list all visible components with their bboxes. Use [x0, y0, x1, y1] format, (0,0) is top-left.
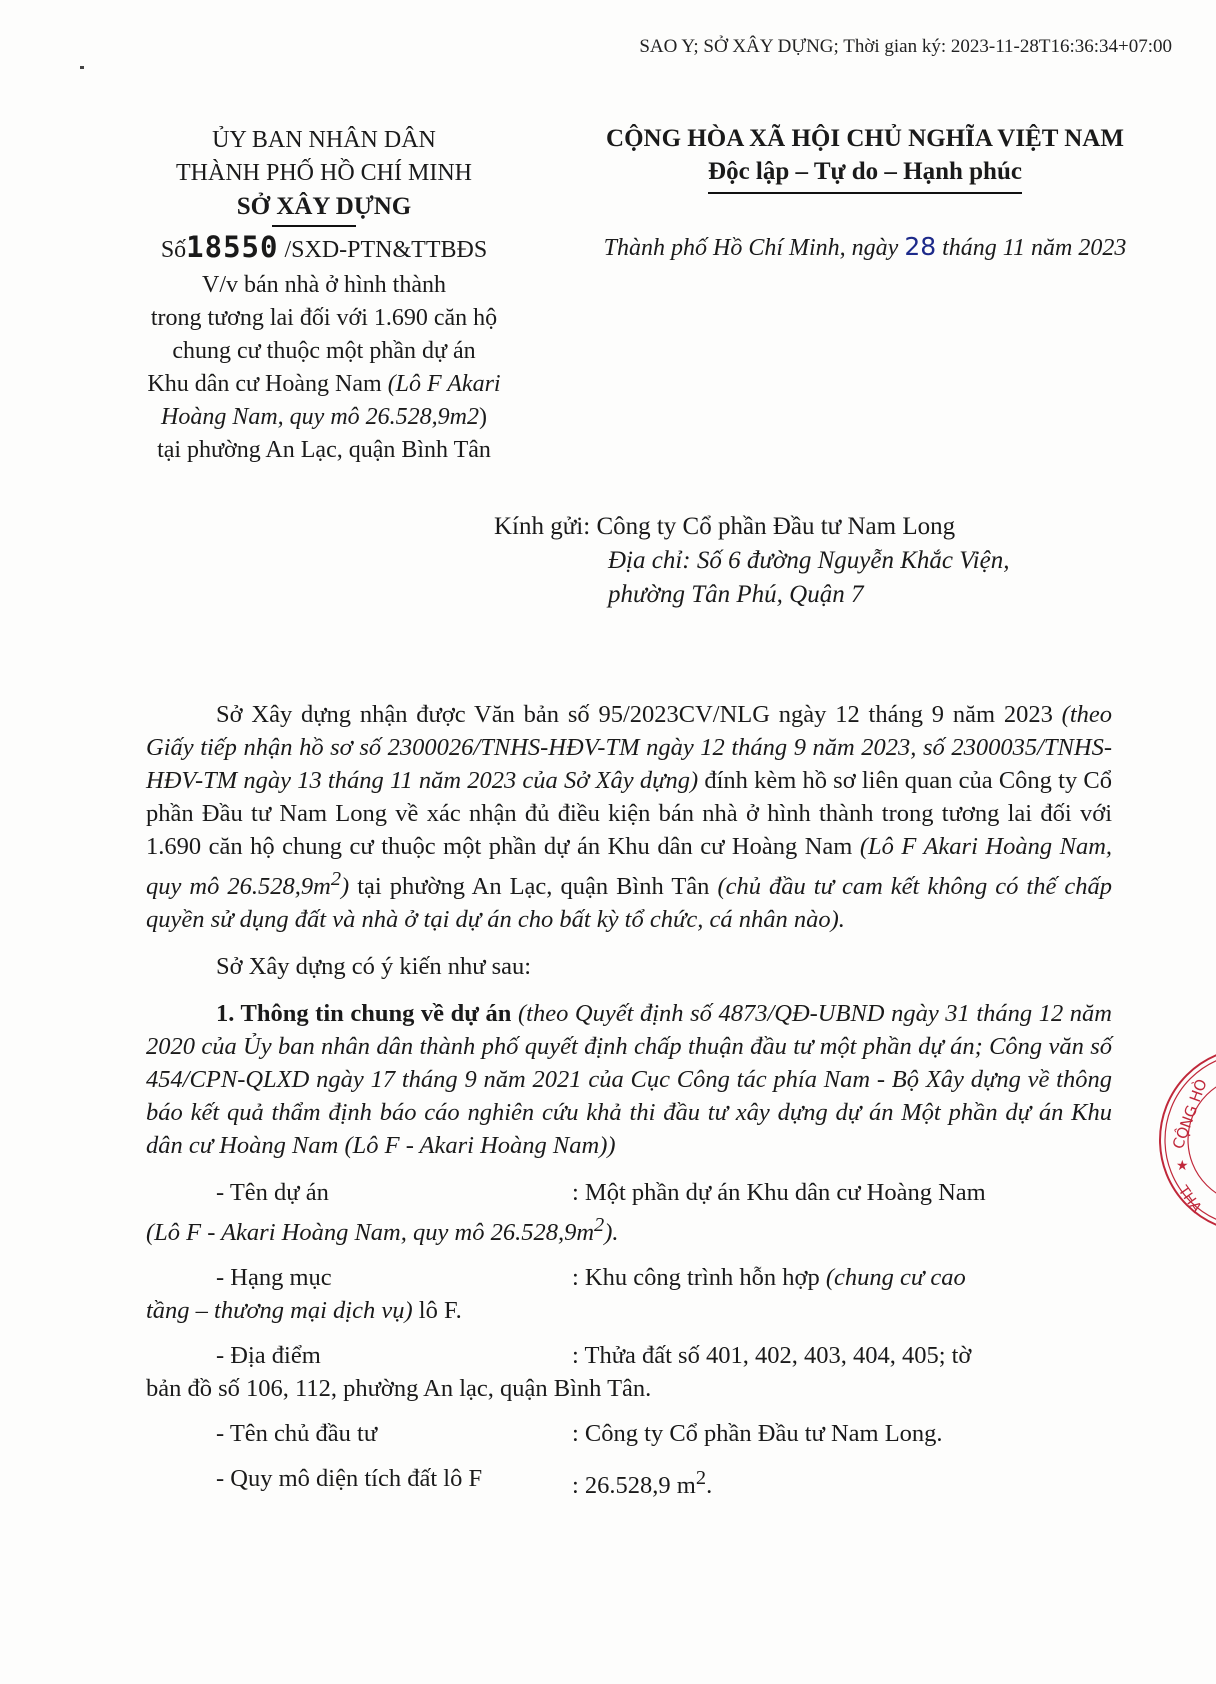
subject-text: Khu dân cư Hoàng Nam — [147, 371, 387, 397]
official-seal-partial: CỘNG HÒ ★ THA — [1152, 1040, 1216, 1240]
subject-italic: (Lô F Akari — [388, 371, 501, 397]
item-value-cont: lô F. — [413, 1297, 462, 1324]
recipient-name: Kính gửi: Công ty Cổ phần Đầu tư Nam Lon… — [494, 510, 1009, 544]
document-number: Số18550 /SXD-PTN&TTBĐS — [108, 231, 540, 267]
item-value: : Thửa đất số 401, 402, 403, 404, 405; t… — [572, 1339, 971, 1372]
subject-line: trong tương lai đối với 1.690 căn hộ — [108, 302, 540, 335]
subject-line: V/v bán nhà ở hình thành — [108, 269, 540, 302]
item-value-cont: ). — [604, 1219, 618, 1246]
place-and-date: Thành phố Hồ Chí Minh, ngày 28 tháng 11 … — [570, 232, 1160, 262]
date-suffix: tháng 11 năm 2023 — [936, 235, 1126, 261]
section-heading: 1. Thông tin chung về dự án — [216, 1000, 511, 1027]
subject-line: tại phường An Lạc, quận Bình Tân — [108, 434, 540, 467]
subject-italic: Hoàng Nam, quy mô 26.528,9m2 — [161, 404, 479, 430]
item-label: - Hạng mục — [216, 1261, 572, 1294]
subject-line: chung cư thuộc một phần dự án — [108, 335, 540, 368]
subject-text: ) — [479, 404, 487, 430]
svg-text:★: ★ — [1176, 1158, 1189, 1174]
info-item-investor: - Tên chủ đầu tư: Công ty Cổ phần Đầu tư… — [146, 1417, 1112, 1450]
item-value: : Công ty Cổ phần Đầu tư Nam Long. — [572, 1417, 943, 1450]
item-value: : Một phần dự án Khu dân cư Hoàng Nam — [572, 1176, 986, 1209]
item-value: : 26.528,9 m — [572, 1472, 696, 1499]
seal-icon: CỘNG HÒ ★ THA — [1152, 1040, 1216, 1240]
item-value: . — [706, 1472, 712, 1499]
scan-speck — [80, 66, 84, 69]
item-label: - Địa điểm — [216, 1339, 572, 1372]
superscript: 2 — [696, 1467, 706, 1489]
agency-underline — [272, 225, 356, 227]
paragraph-opinion: Sở Xây dựng có ý kiến như sau: — [146, 950, 1112, 983]
item-value-cont: bản đồ số 106, 112, phường An lạc, quận … — [146, 1372, 1112, 1405]
authority-line-2: THÀNH PHỐ HỒ CHÍ MINH — [108, 157, 540, 190]
superscript: 2 — [331, 868, 341, 890]
section-1: 1. Thông tin chung về dự án (theo Quyết … — [146, 997, 1112, 1162]
recipient-block: Kính gửi: Công ty Cổ phần Đầu tư Nam Lon… — [494, 510, 1009, 612]
item-value-italic: (chung cư cao — [826, 1264, 966, 1291]
doc-number-suffix: /SXD-PTN&TTBĐS — [278, 237, 487, 263]
authority-line-1: ỦY BAN NHÂN DÂN — [108, 124, 540, 157]
national-header: CỘNG HÒA XÃ HỘI CHỦ NGHĨA VIỆT NAM Độc l… — [570, 122, 1160, 194]
digital-signature-stamp: SAO Y; SỞ XÂY DỰNG; Thời gian ký: 2023-1… — [639, 36, 1172, 58]
issuing-authority-block: ỦY BAN NHÂN DÂN THÀNH PHỐ HỒ CHÍ MINH SỞ… — [108, 124, 540, 467]
svg-text:CỘNG HÒ: CỘNG HÒ — [1168, 1076, 1211, 1151]
doc-number-prefix: Số — [161, 237, 186, 263]
info-item-land-area: - Quy mô diện tích đất lô F: 26.528,9 m2… — [146, 1462, 1112, 1502]
document-body: Sở Xây dựng nhận được Văn bản số 95/2023… — [146, 698, 1112, 1514]
info-item-category: - Hạng mục: Khu công trình hỗn hợp (chun… — [146, 1261, 1112, 1327]
document-subject: V/v bán nhà ở hình thành trong tương lai… — [108, 269, 540, 467]
item-label: - Tên dự án — [216, 1176, 572, 1209]
agency-name: SỞ XÂY DỰNG — [108, 190, 540, 223]
date-prefix: Thành phố Hồ Chí Minh, ngày — [604, 235, 905, 261]
text: tại phường An Lạc, quận Bình Tân — [349, 873, 717, 900]
item-value: : Khu công trình hỗn hợp — [572, 1264, 826, 1291]
recipient-address-2: phường Tân Phú, Quận 7 — [494, 578, 1009, 612]
item-label: - Tên chủ đầu tư — [216, 1417, 572, 1450]
text: ) — [341, 873, 349, 900]
country-name: CỘNG HÒA XÃ HỘI CHỦ NGHĨA VIỆT NAM — [570, 122, 1160, 155]
paragraph-received: Sở Xây dựng nhận được Văn bản số 95/2023… — [146, 698, 1112, 936]
subject-line: Hoàng Nam, quy mô 26.528,9m2) — [108, 401, 540, 434]
national-motto: Độc lập – Tự do – Hạnh phúc — [708, 155, 1022, 194]
superscript: 2 — [594, 1214, 604, 1236]
info-item-project-name: - Tên dự án: Một phần dự án Khu dân cư H… — [146, 1176, 1112, 1249]
item-value-cont: (Lô F - Akari Hoàng Nam, quy mô 26.528,9… — [146, 1219, 594, 1246]
text: Sở Xây dựng nhận được Văn bản số 95/2023… — [216, 701, 1062, 728]
handwritten-day: 28 — [904, 232, 936, 261]
doc-number-value: 18550 — [186, 230, 278, 264]
item-label: - Quy mô diện tích đất lô F — [216, 1462, 572, 1502]
recipient-address-1: Địa chỉ: Số 6 đường Nguyễn Khắc Viện, — [494, 544, 1009, 578]
subject-line: Khu dân cư Hoàng Nam (Lô F Akari — [108, 368, 540, 401]
item-value-cont: tầng – thương mại dịch vụ) — [146, 1297, 413, 1324]
info-item-location: - Địa điểm: Thửa đất số 401, 402, 403, 4… — [146, 1339, 1112, 1405]
